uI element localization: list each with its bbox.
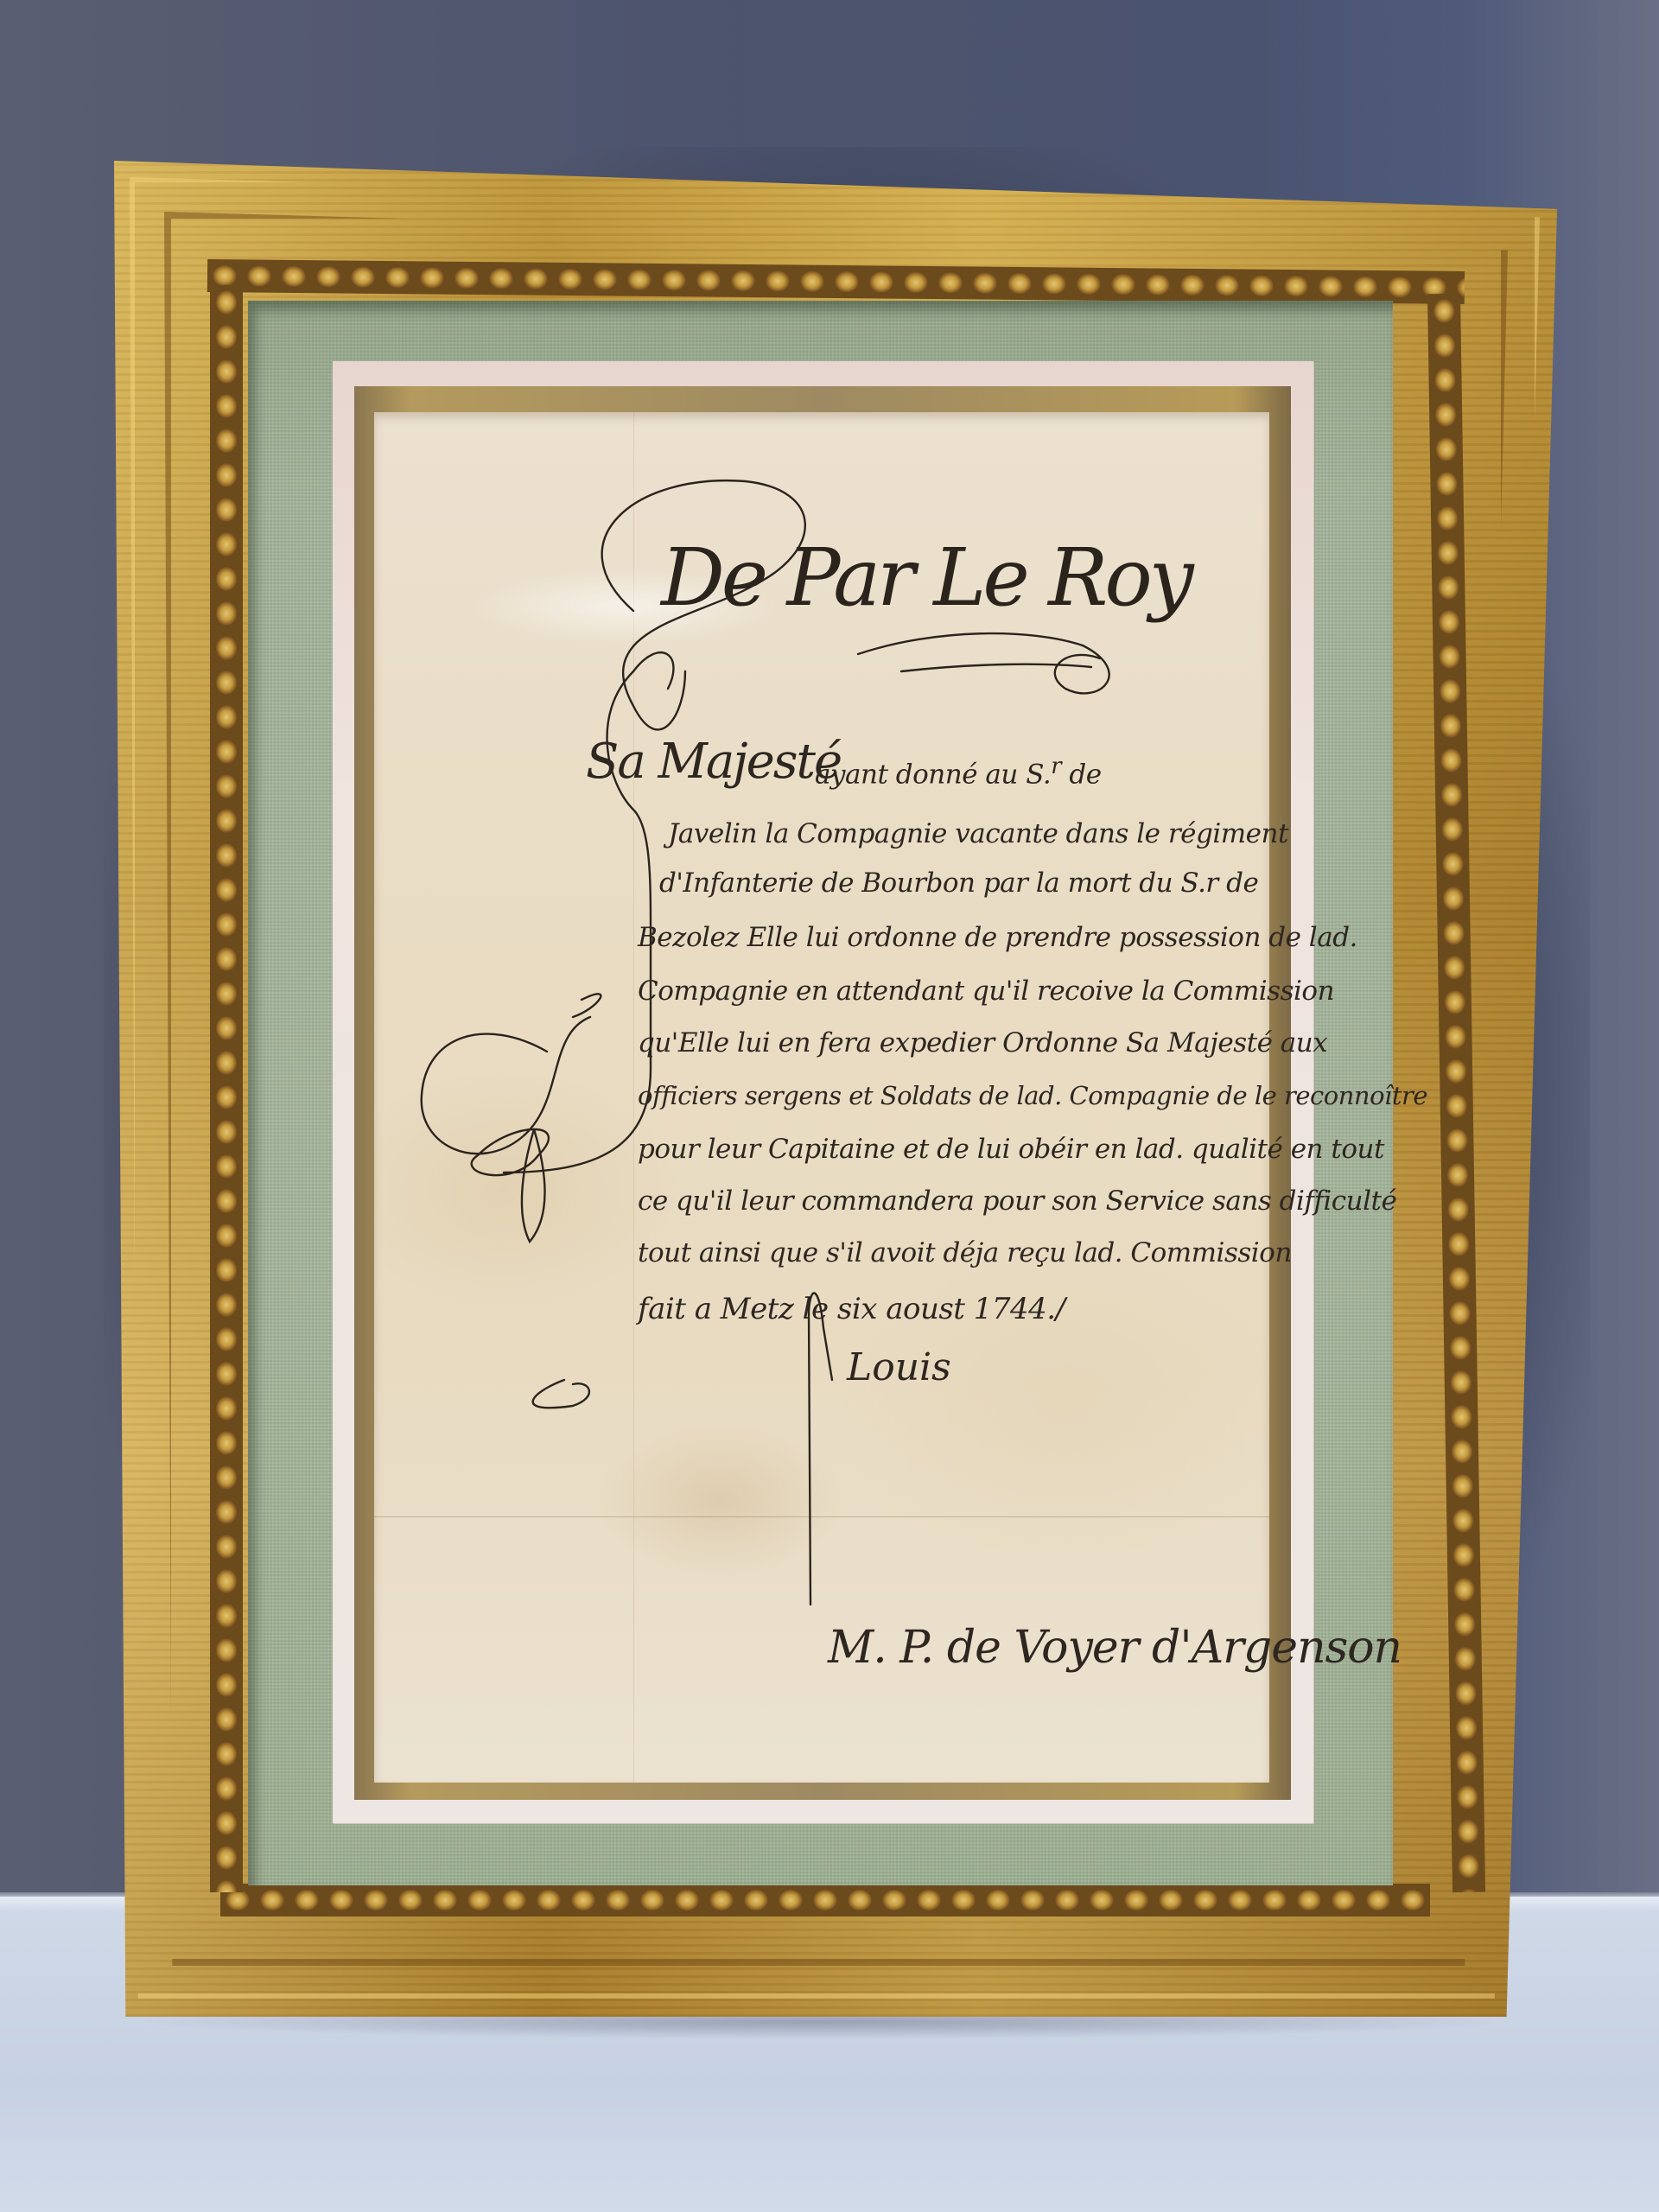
- king-signature: Louis: [847, 1345, 951, 1389]
- body-line-8: pour leur Capitaine et de lui obéir en l…: [638, 1134, 1384, 1165]
- body-line-6: qu'Elle lui en fera expedier Ordonne Sa …: [638, 1027, 1327, 1058]
- body-line-7: officiers sergens et Soldats de lad. Com…: [638, 1081, 1427, 1110]
- manuscript-paper: De Par Le Roy Sa Majesté ayant donné au …: [374, 412, 1269, 1783]
- bead-moulding-left: [210, 285, 243, 1892]
- bead-moulding-bottom: [220, 1884, 1430, 1916]
- body-line-4: Bezolez Elle lui ordonne de prendre poss…: [638, 922, 1357, 953]
- minister-signature: M. P. de Voyer d'Argenson: [828, 1622, 1402, 1674]
- body-line-5: Compagnie en attendant qu'il recoive la …: [638, 976, 1334, 1007]
- body-line-11: fait a Metz le six aoust 1744./: [638, 1292, 1065, 1326]
- body-line-9: ce qu'il leur commandera pour son Servic…: [638, 1185, 1396, 1217]
- body-line-3: d'Infanterie de Bourbon par la mort du S…: [659, 868, 1258, 899]
- lead-word: Sa Majesté: [586, 734, 841, 790]
- body-line-1-rest: ayant donné au S.r de: [815, 753, 1102, 790]
- document-heading: De Par Le Roy: [661, 531, 1191, 624]
- body-line-2: Javelin la Compagnie vacante dans le rég…: [668, 818, 1288, 849]
- body-line-10: tout ainsi que s'il avoit déja reçu lad.…: [638, 1237, 1292, 1268]
